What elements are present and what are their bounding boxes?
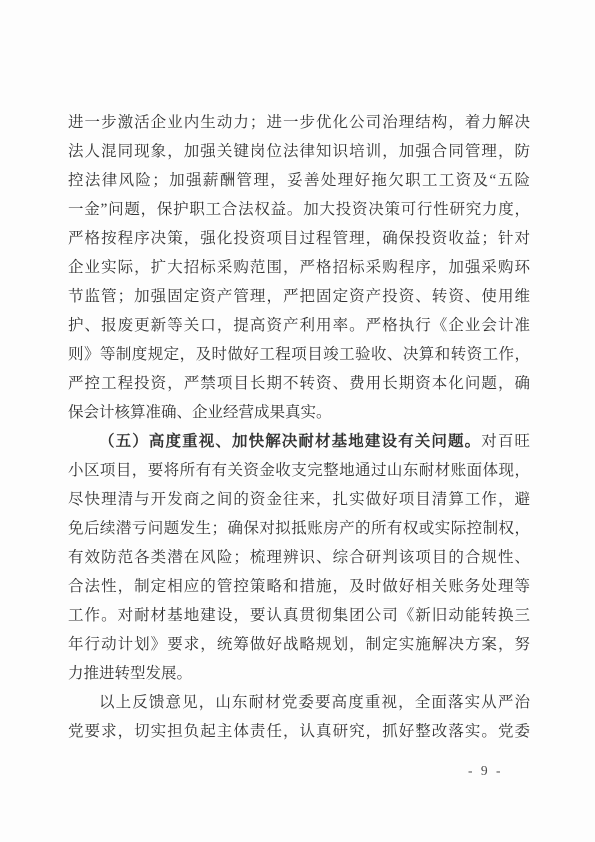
text-line: 节监管；加强固定资产管理，严把固定资产投资、转资、使用维 bbox=[68, 282, 530, 311]
text-line: 法人混同现象，加强关键岗位法律知识培训，加强合同管理，防 bbox=[68, 137, 530, 166]
body-text: 进一步激活企业内生动力；进一步优化公司治理结构，着力解决 法人混同现象，加强关键… bbox=[68, 108, 530, 746]
text-line: 工作。对耐材基地建设，要认真贯彻集团公司《新旧动能转换三 bbox=[68, 601, 530, 630]
text-line: 免后续潜亏问题发生；确保对拟抵账房产的所有权或实际控制权， bbox=[68, 514, 530, 543]
text-line: 严控工程投资，严禁项目长期不转资、费用长期资本化问题，确 bbox=[68, 369, 530, 398]
section-heading: （五）高度重视、加快解决耐材基地建设有关问题。 bbox=[99, 433, 481, 450]
text-line: 企业实际，扩大招标采购范围，严格招标采购程序，加强采购环 bbox=[68, 253, 530, 282]
section-heading-tail: 对百旺 bbox=[481, 433, 530, 450]
text-line: 尽快理清与开发商之间的资金往来，扎实做好项目清算工作，避 bbox=[68, 485, 530, 514]
document-page: 进一步激活企业内生动力；进一步优化公司治理结构，着力解决 法人混同现象，加强关键… bbox=[0, 0, 595, 842]
text-line: 以上反馈意见，山东耐材党委要高度重视，全面落实从严治 bbox=[68, 688, 530, 717]
text-line: 小区项目，要将所有有关资金收支完整地通过山东耐材账面体现， bbox=[68, 456, 530, 485]
text-line: 党要求，切实担负起主体责任，认真研究，抓好整改落实。党委 bbox=[68, 717, 530, 746]
page-number: - 9 - bbox=[468, 763, 503, 779]
text-line: 合法性，制定相应的管控策略和措施，及时做好相关账务处理等 bbox=[68, 572, 530, 601]
text-line: 则》等制度规定，及时做好工程项目竣工验收、决算和转资工作， bbox=[68, 340, 530, 369]
text-line: 护、报废更新等关口，提高资产利用率。严格执行《企业会计准 bbox=[68, 311, 530, 340]
text-line: 一金”问题，保护职工合法权益。加大投资决策可行性研究力度， bbox=[68, 195, 530, 224]
text-line: 严格按程序决策，强化投资项目过程管理，确保投资收益；针对 bbox=[68, 224, 530, 253]
text-line: 控法律风险；加强薪酬管理，妥善处理好拖欠职工工资及“五险 bbox=[68, 166, 530, 195]
text-line: 年行动计划》要求，统筹做好战略规划，制定实施解决方案，努 bbox=[68, 630, 530, 659]
text-line: 保会计核算准确、企业经营成果真实。 bbox=[68, 398, 530, 427]
text-line: 力推进转型发展。 bbox=[68, 659, 530, 688]
text-line: 进一步激活企业内生动力；进一步优化公司治理结构，着力解决 bbox=[68, 108, 530, 137]
text-line: 有效防范各类潜在风险；梳理辨识、综合研判该项目的合规性、 bbox=[68, 543, 530, 572]
text-line: （五）高度重视、加快解决耐材基地建设有关问题。对百旺 bbox=[68, 427, 530, 456]
